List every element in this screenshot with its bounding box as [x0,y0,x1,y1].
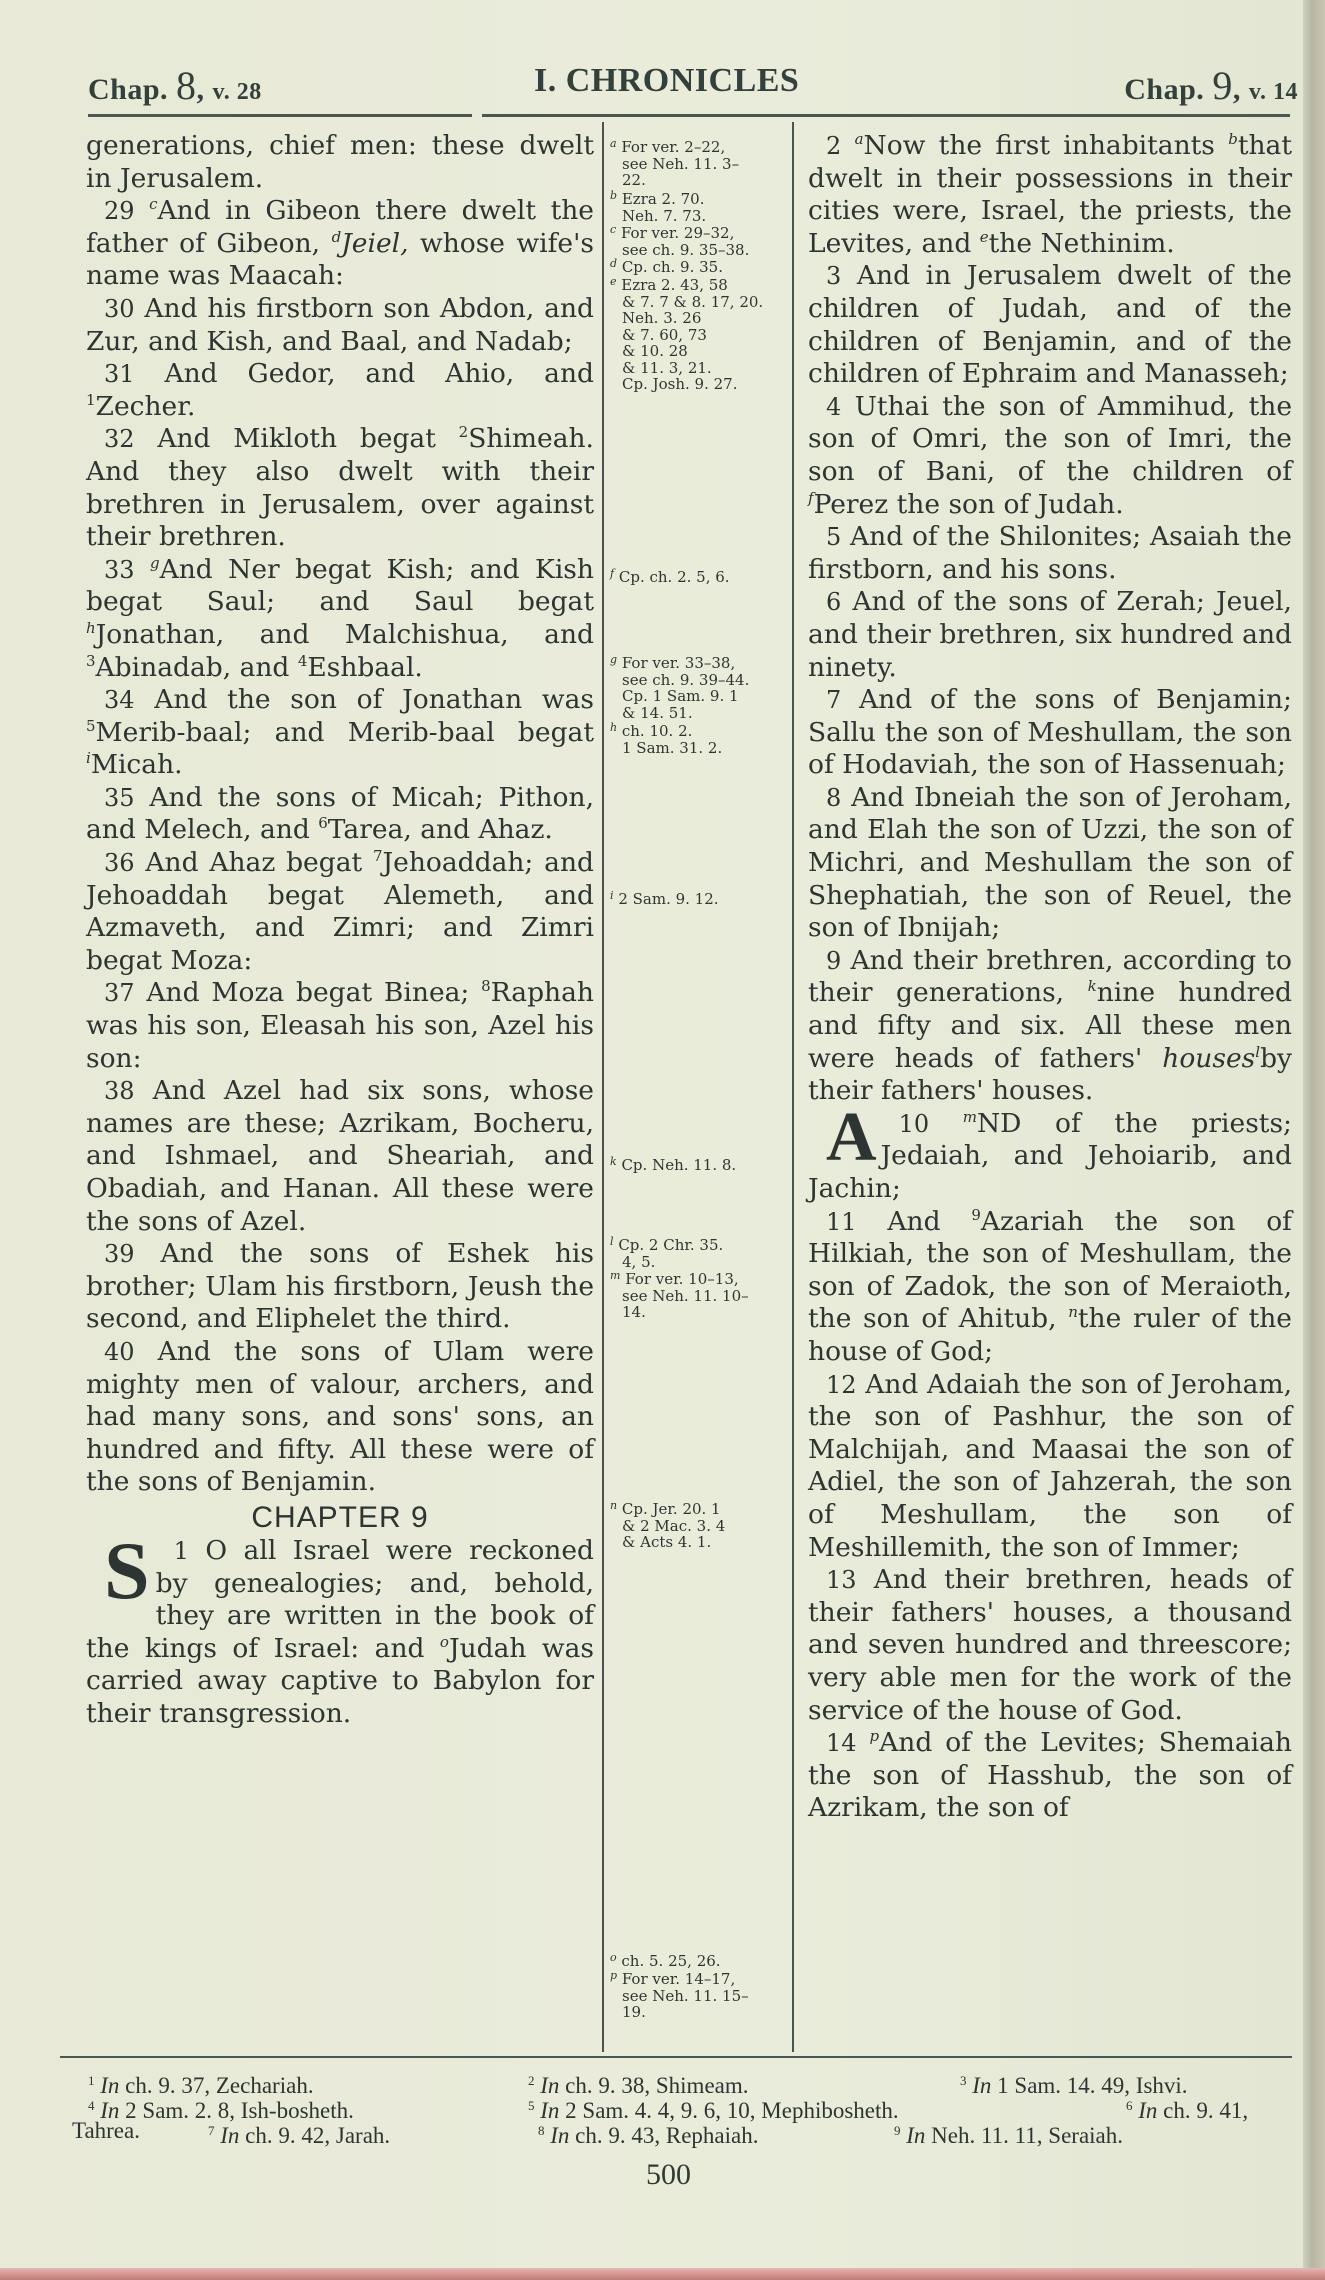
verse-35: 35 And the sons of Micah; Pithon, and Me… [86,782,594,847]
ref-g: g For ver. 33–38,see ch. 9. 39–44.Cp. 1 … [610,652,788,721]
header-rule-left [88,114,472,117]
verse-14: 14 pAnd of the Levites; Shemaiah the son… [808,1727,1292,1825]
verse-36: 36 And Ahaz begat 7Jehoaddah; and Jehoad… [86,847,594,977]
chap-label: Chap. [1124,73,1204,106]
verse-33: 33 gAnd Ner begat Kish; and Kish begat S… [86,554,594,684]
book-page: Chap. 8, v. 28 I. CHRONICLES Chap. 9, v.… [0,0,1310,2268]
header-rule-right [482,114,1290,117]
verse-7: 7 And of the sons of Benjamin; Sallu the… [808,684,1292,782]
chap-number: 9 [1212,63,1233,108]
running-head: Chap. 8, v. 28 I. CHRONICLES Chap. 9, v.… [88,62,1298,112]
verse-8: 8 And Ibneiah the son of Jeroham, and El… [808,782,1292,945]
verse-ref: v. 28 [213,79,262,105]
verse-11: 11 And 9Azariah the son of Hilkiah, the … [808,1206,1292,1369]
ref-f: f Cp. ch. 2. 5, 6. [610,566,788,586]
verse-37: 37 And Moza begat Binea; 8Raphah was his… [86,977,594,1075]
verse-9: 9 And their brethren, according to their… [808,945,1292,1108]
page-edge-bottom [0,2268,1325,2280]
verse-40: 40 And the sons of Ulam were mighty men … [86,1336,594,1499]
footnote-7: 7 In ch. 9. 42, Jarah. [208,2118,390,2148]
verse-3: 3 And in Jerusalem dwelt of the children… [808,260,1292,390]
verse-4: 4 Uthai the son of Ammihud, the son of O… [808,391,1292,521]
ref-a: a For ver. 2–22,see Neh. 11. 3–22. [610,136,788,189]
verse-38: 38 And Azel had six sons, whose names ar… [86,1075,594,1238]
footnote-row: Tahrea. 7 In ch. 9. 42, Jarah. 8 In ch. … [88,2118,1288,2143]
column-divider [602,122,604,2052]
chap-label: Chap. [88,73,168,106]
book-title: I. CHRONICLES [534,62,799,100]
column-divider [792,122,794,2052]
verse-10: 10 mAND of the priests; Jedaiah, and Jeh… [808,1108,1292,1206]
footnote-8: 8 In ch. 9. 43, Rephaiah. [538,2118,759,2148]
chap-number: 8 [176,63,197,108]
verse-12: 12 And Adaiah the son of Jeroham, the so… [808,1369,1292,1565]
verse-30: 30 And his firstborn son Abdon, and Zur,… [86,293,594,358]
footnote-9: 9 In Neh. 11. 11, Seraiah. [894,2118,1123,2148]
ref-n: n Cp. Jer. 20. 1& 2 Mac. 3. 4& Acts 4. 1… [610,1498,788,1551]
ref-e: e Ezra 2. 43, 58& 7. 7 & 8. 17, 20.Neh. … [610,274,788,393]
footnote-row: 4 In 2 Sam. 2. 8, Ish-bosheth. 5 In 2 Sa… [88,2093,1288,2118]
ref-m: m For ver. 10–13,see Neh. 11. 10–14. [610,1268,788,1321]
ref-i: i 2 Sam. 9. 12. [610,888,788,908]
verse-31: 31 And Gedor, and Ahio, and 1Zecher. [86,358,594,423]
footnote-6-continued: Tahrea. [72,2118,140,2143]
ref-o: o ch. 5. 25, 26. [610,1950,788,1970]
running-head-right: Chap. 9, v. 14 [1124,62,1298,109]
ref-p: p For ver. 14–17,see Neh. 11. 15–19. [610,1968,788,2021]
verse-32: 32 And Mikloth begat 2Shimeah. And they … [86,423,594,553]
drop-cap: S [86,1539,150,1603]
verse-5: 5 And of the Shilonites; Asaiah the firs… [808,521,1292,586]
verse-29: 29 cAnd in Gibeon there dwelt the father… [86,195,594,293]
ref-h: h ch. 10. 2.1 Sam. 31. 2. [610,720,788,756]
verse-6: 6 And of the sons of Zerah; Jeuel, and t… [808,586,1292,684]
ref-b: b Ezra 2. 70.Neh. 7. 73. [610,188,788,224]
page-number: 500 [646,2158,691,2192]
chapter-9-verse-1: 1 SO all Israel were reckoned by genealo… [86,1535,594,1731]
ref-k: k Cp. Neh. 11. 8. [610,1154,788,1174]
footnote-rule [60,2056,1292,2058]
text-column-left: generations, chief men: these dwelt in J… [86,130,594,1731]
running-head-left: Chap. 8, v. 28 [88,62,262,109]
ref-l: l Cp. 2 Chr. 35.4, 5. [610,1234,788,1270]
text-column-right: 2 aNow the first inhabitants bthat dwelt… [808,130,1292,1825]
verse-39: 39 And the sons of Eshek his brother; Ul… [86,1238,594,1336]
page-edge [1303,0,1325,2280]
verse-2: 2 aNow the first inhabitants bthat dwelt… [808,130,1292,260]
verse-34: 34 And the son of Jonathan was 5Merib-ba… [86,684,594,782]
footnotes: 1 In ch. 9. 37, Zechariah. 2 In ch. 9. 3… [88,2068,1288,2143]
verse-continuation: generations, chief men: these dwelt in J… [86,130,594,195]
ref-d: d Cp. ch. 9. 35. [610,256,788,276]
verse-ref: v. 14 [1249,79,1298,105]
footnote-row: 1 In ch. 9. 37, Zechariah. 2 In ch. 9. 3… [88,2068,1288,2093]
verse-13: 13 And their brethren, heads of their fa… [808,1564,1292,1727]
drop-cap: A [808,1110,877,1166]
chapter-heading: CHAPTER 9 [86,1501,594,1535]
ref-c: c For ver. 29–32,see ch. 9. 35–38. [610,222,788,258]
